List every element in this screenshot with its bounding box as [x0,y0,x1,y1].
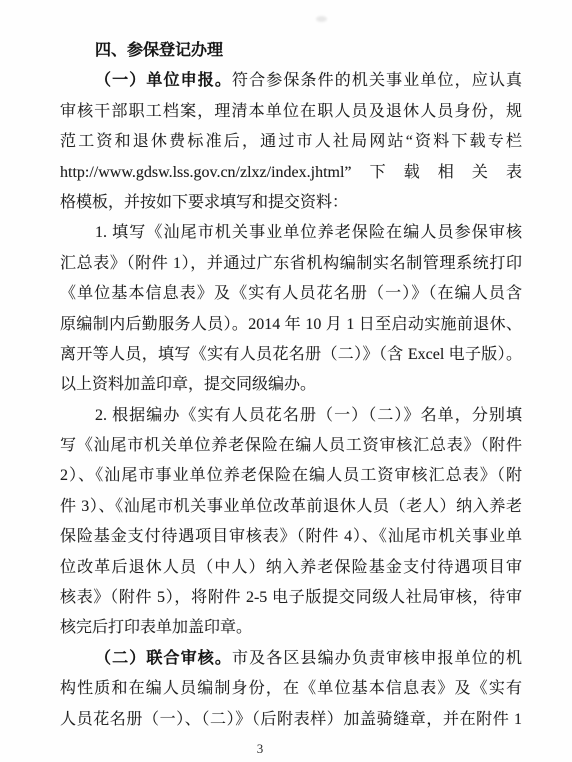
text-line: 件 3）、《汕尾市机关事业单位改革前退休人员（老人）纳入养老 [60,492,522,522]
text-segment: 符合参保条件的机关事业单位，应认真 [232,72,522,89]
text-line: 《单位基本信息表》及《实有人员花名册（一）》（在编人员含 [60,279,522,309]
text-line: 四、参保登记办理 [60,36,522,66]
text-segment: 以上资料加盖印章，提交同级编办。 [60,376,316,393]
text-line: 范工资和退休费标准后，通过市人社局网站“资料下载专栏 [60,127,522,157]
text-line: 审核干部职工档案，理清本单位在职人员及退休人员身份，规 [60,97,522,127]
text-segment: 2. 根据编办《实有人员花名册（一）（二）》名单，分别填 [95,407,522,424]
text-line: 以上资料加盖印章，提交同级编办。 [60,370,522,400]
text-line: 汇总表》（附件 1），并通过广东省机构编制实名制管理系统打印 [60,249,522,279]
text-segment: 离开等人员，填写《实有人员花名册（二）》（含 Excel 电子版）。 [60,346,522,363]
text-line: 格模板，并按如下要求填写和提交资料： [60,188,522,218]
text-segment: 《单位基本信息表》及《实有人员花名册（一）》（在编人员含 [60,285,522,302]
text-segment: 原编制内后勤服务人员）。2014 年 10 月 1 日至启动实施前退休、 [60,316,522,333]
text-line: 核表》（附件 5），将附件 2-5 电子版提交同级人社局审核，待审 [60,583,522,613]
text-line: 保险基金支付待遇项目审核表》（附件 4）、《汕尾市机关事业单 [60,522,522,552]
text-line: （一）单位申报。符合参保条件的机关事业单位，应认真 [60,66,522,96]
text-segment: 市及各区县编办负责审核申报单位的机 [232,650,522,667]
bold-text-segment: 四、参保登记办理 [95,42,223,59]
page-number: 3 [250,741,270,757]
text-line: 1. 填写《汕尾市机关事业单位养老保险在编人员参保审核 [60,218,522,248]
text-segment: 构性质和在编人员编制身份，在《单位基本信息表》及《实有 [60,680,522,697]
text-line: 离开等人员，填写《实有人员花名册（二）》（含 Excel 电子版）。 [60,340,522,370]
text-segment: 汇总表》（附件 1），并通过广东省机构编制实名制管理系统打印 [60,255,522,272]
text-line: 核完后打印表单加盖印章。 [60,613,522,643]
text-segment: 1. 填写《汕尾市机关事业单位养老保险在编人员参保审核 [95,224,522,241]
text-segment: 核表》（附件 5），将附件 2-5 电子版提交同级人社局审核，待审 [60,589,522,606]
text-line: 2. 根据编办《实有人员花名册（一）（二）》名单，分别填 [60,401,522,431]
text-line: 写《汕尾市机关单位养老保险在编人员工资审核汇总表》（附件 [60,431,522,461]
text-segment: 人员花名册（一）、（二）》（后附表样）加盖骑缝章，并在附件 1 [60,711,522,728]
text-segment: 2）、《汕尾市事业单位养老保险在编人员工资审核汇总表》（附 [60,467,522,484]
text-segment: 格模板，并按如下要求填写和提交资料： [60,194,348,211]
text-line: 位改革后退休人员（中人）纳入养老保险基金支付待遇项目审 [60,553,522,583]
text-line: 2）、《汕尾市事业单位养老保险在编人员工资审核汇总表》（附 [60,461,522,491]
text-block: 四、参保登记办理（一）单位申报。符合参保条件的机关事业单位，应认真审核干部职工档… [60,36,522,735]
text-line: http://www.gdsw.lss.gov.cn/zlxz/index.jh… [60,158,522,188]
text-segment: 件 3）、《汕尾市机关事业单位改革前退休人员（老人）纳入养老 [60,498,522,515]
bold-text-segment: （一）单位申报。 [95,72,232,89]
text-line: 原编制内后勤服务人员）。2014 年 10 月 1 日至启动实施前退休、 [60,310,522,340]
text-segment: 保险基金支付待遇项目审核表》（附件 4）、《汕尾市机关事业单 [60,528,522,545]
text-segment: 审核干部职工档案，理清本单位在职人员及退休人员身份，规 [60,103,522,120]
text-segment: 写《汕尾市机关单位养老保险在编人员工资审核汇总表》（附件 [60,437,522,454]
scanned-document-page: 四、参保登记办理（一）单位申报。符合参保条件的机关事业单位，应认真审核干部职工档… [0,0,572,762]
text-segment: 位改革后退休人员（中人）纳入养老保险基金支付待遇项目审 [60,559,522,576]
scan-smudge [316,16,327,22]
bold-text-segment: （二）联合审核。 [95,650,232,667]
text-line: 构性质和在编人员编制身份，在《单位基本信息表》及《实有 [60,674,522,704]
text-segment: 范工资和退休费标准后，通过市人社局网站“资料下载专栏 [60,133,522,150]
text-line: 人员花名册（一）、（二）》（后附表样）加盖骑缝章，并在附件 1 [60,705,522,735]
text-segment: http://www.gdsw.lss.gov.cn/zlxz/index.jh… [60,164,522,181]
text-line: （二）联合审核。市及各区县编办负责审核申报单位的机 [60,644,522,674]
text-segment: 核完后打印表单加盖印章。 [60,619,252,636]
